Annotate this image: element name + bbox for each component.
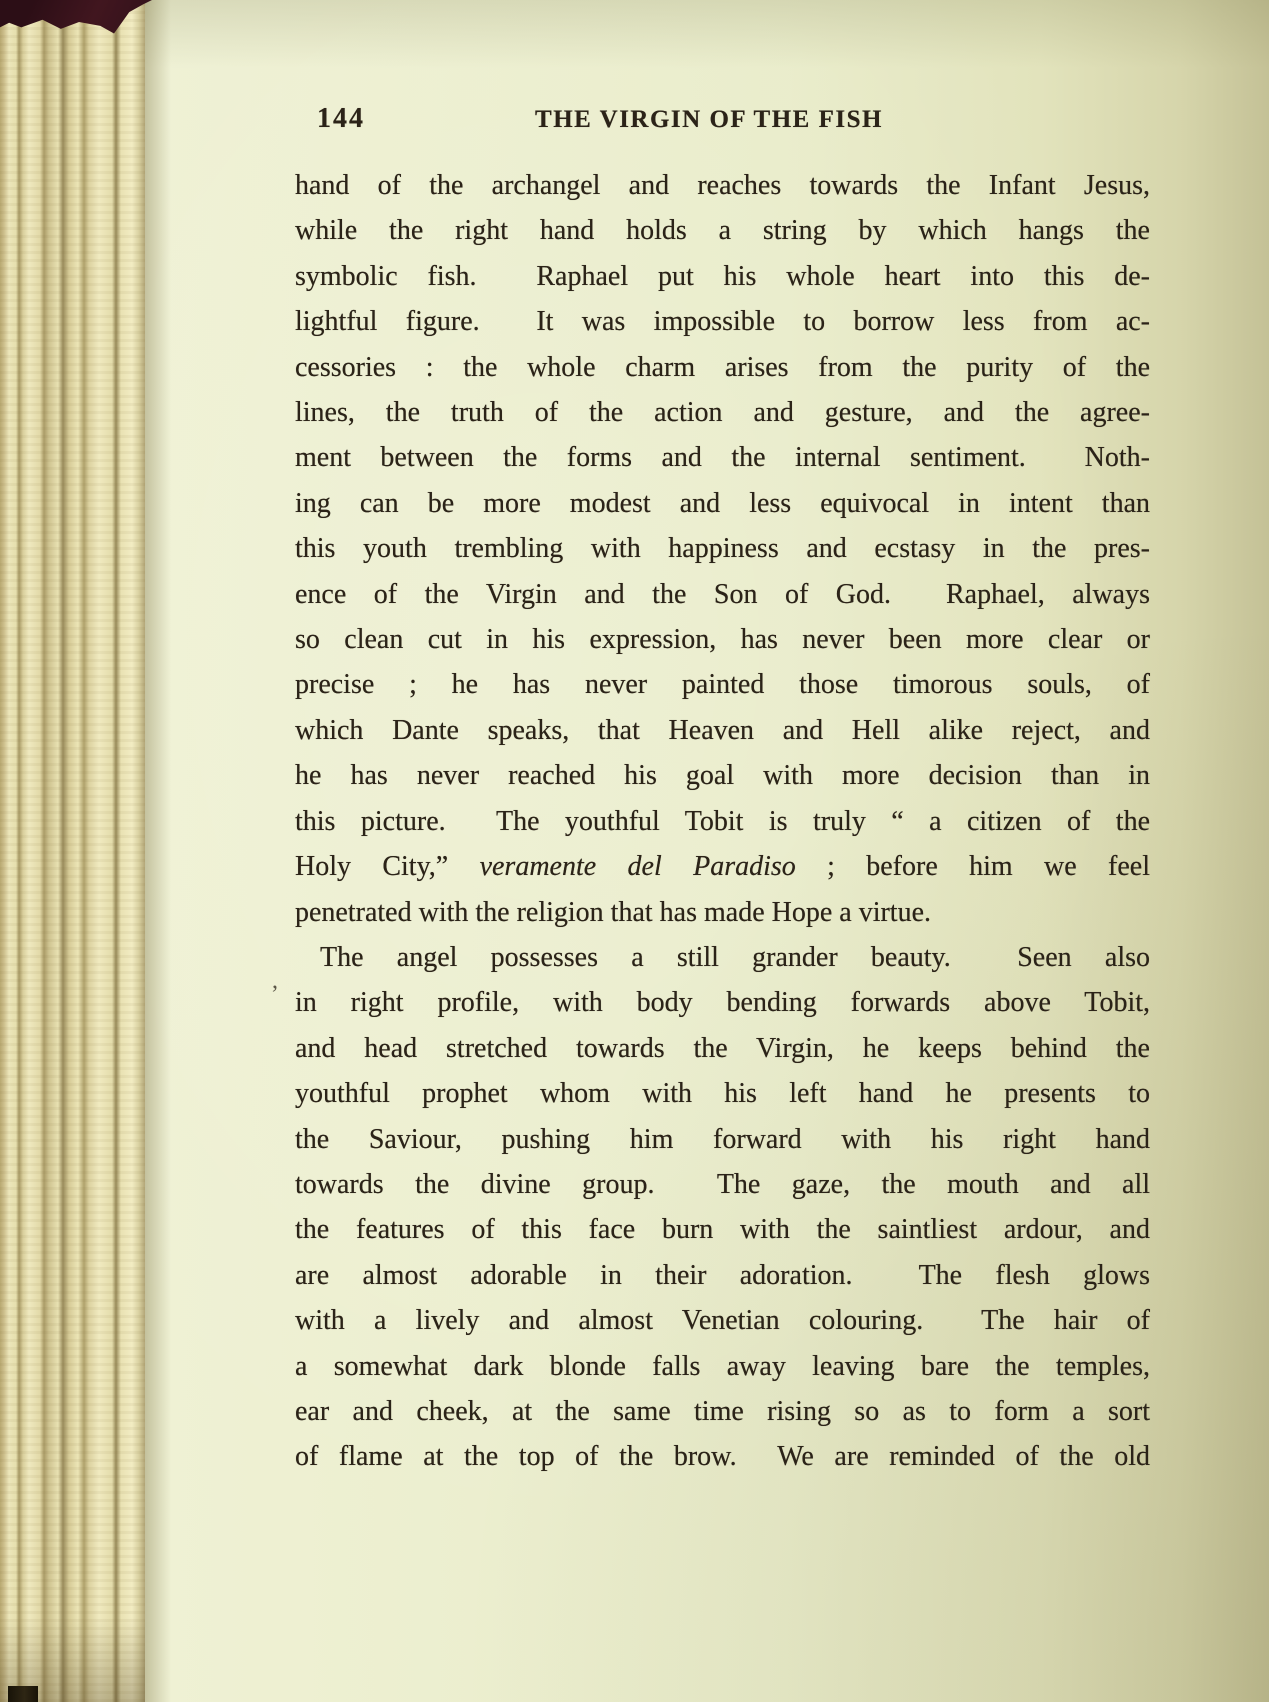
text-line: Holy City,” veramente del Paradiso ; bef…	[295, 844, 1150, 889]
text-segment: ence of the Virgin and the Son of God. R…	[295, 579, 1150, 610]
text-line: precise ; he has never painted those tim…	[295, 662, 1150, 707]
text-line: cessories : the whole charm arises from …	[295, 345, 1150, 390]
text-line: and head stretched towards the Virgin, h…	[295, 1026, 1150, 1071]
text-segment: are almost adorable in their adoration. …	[295, 1260, 1150, 1291]
paragraph: hand of the archangel and reaches toward…	[295, 163, 1150, 935]
text-segment: Holy City,”	[295, 851, 480, 882]
text-segment: with a lively and almost Venetian colour…	[295, 1305, 1150, 1336]
paragraph: The angel possesses a still grander beau…	[295, 935, 1150, 1480]
text-line: The angel possesses a still grander beau…	[295, 935, 1150, 980]
text-segment: youthful prophet whom with his left hand…	[295, 1078, 1150, 1109]
text-line: youthful prophet whom with his left hand…	[295, 1071, 1150, 1116]
text-line: of flame at the top of the brow. We are …	[295, 1434, 1150, 1479]
text-line: penetrated with the religion that has ma…	[295, 890, 1150, 935]
text-line: ear and cheek, at the same time rising s…	[295, 1389, 1150, 1434]
text-segment: while the right hand holds a string by w…	[295, 215, 1150, 246]
text-segment: in right profile, with body bending forw…	[295, 987, 1150, 1018]
text-line: ence of the Virgin and the Son of God. R…	[295, 572, 1150, 617]
text-segment: towards the divine group. The gaze, the …	[295, 1169, 1150, 1200]
text-line: ing can be more modest and less equivoca…	[295, 481, 1150, 526]
margin-print-artifact: ,	[272, 968, 278, 995]
text-line: lines, the truth of the action and gestu…	[295, 390, 1150, 435]
text-segment: of flame at the top of the brow. We are …	[295, 1441, 1150, 1472]
text-segment: this youth trembling with happiness and …	[295, 533, 1150, 564]
text-segment: the features of this face burn with the …	[295, 1214, 1150, 1245]
text-line: while the right hand holds a string by w…	[295, 208, 1150, 253]
text-segment: ment between the forms and the internal …	[295, 442, 1150, 473]
text-segment: and head stretched towards the Virgin, h…	[295, 1033, 1150, 1064]
text-segment: penetrated with the religion that has ma…	[295, 897, 931, 928]
text-segment: precise ; he has never painted those tim…	[295, 669, 1150, 700]
text-segment: lightful figure. It was impossible to bo…	[295, 306, 1150, 337]
text-segment: the Saviour, pushing him forward with hi…	[295, 1124, 1150, 1155]
book-cover-bottom-corner	[8, 1686, 38, 1702]
text-line: which Dante speaks, that Heaven and Hell…	[295, 708, 1150, 753]
text-line: towards the divine group. The gaze, the …	[295, 1162, 1150, 1207]
text-line: the Saviour, pushing him forward with hi…	[295, 1117, 1150, 1162]
text-segment: symbolic fish. Raphael put his whole hea…	[295, 261, 1150, 292]
text-segment: ; before him we feel	[796, 851, 1150, 882]
text-line: hand of the archangel and reaches toward…	[295, 163, 1150, 208]
italic-phrase: veramente del Paradiso	[480, 851, 796, 882]
text-line: he has never reached his goal with more …	[295, 753, 1150, 798]
text-segment: this picture. The youthful Tobit is trul…	[295, 806, 1150, 837]
text-segment: he has never reached his goal with more …	[295, 760, 1150, 791]
text-line: with a lively and almost Venetian colour…	[295, 1298, 1150, 1343]
text-line: in right profile, with body bending forw…	[295, 980, 1150, 1025]
text-line: a somewhat dark blonde falls away leavin…	[295, 1344, 1150, 1389]
text-line: symbolic fish. Raphael put his whole hea…	[295, 254, 1150, 299]
text-segment: which Dante speaks, that Heaven and Hell…	[295, 715, 1150, 746]
running-title: THE VIRGIN OF THE FISH	[295, 106, 1123, 134]
text-line: this youth trembling with happiness and …	[295, 526, 1150, 571]
text-segment: hand of the archangel and reaches toward…	[295, 170, 1150, 201]
text-line: the features of this face burn with the …	[295, 1207, 1150, 1252]
book-page-edges	[0, 0, 145, 1702]
page-edge-shadow	[145, 0, 171, 1702]
text-segment: ing can be more modest and less equivoca…	[295, 488, 1150, 519]
text-line: are almost adorable in their adoration. …	[295, 1253, 1150, 1298]
text-line: so clean cut in his expression, has neve…	[295, 617, 1150, 662]
text-line: ment between the forms and the internal …	[295, 435, 1150, 480]
text-segment: a somewhat dark blonde falls away leavin…	[295, 1351, 1150, 1382]
text-column: hand of the archangel and reaches toward…	[295, 163, 1150, 1480]
text-line: this picture. The youthful Tobit is trul…	[295, 799, 1150, 844]
text-segment: ear and cheek, at the same time rising s…	[295, 1396, 1150, 1427]
text-segment: cessories : the whole charm arises from …	[295, 352, 1150, 383]
text-line: lightful figure. It was impossible to bo…	[295, 299, 1150, 344]
text-segment: so clean cut in his expression, has neve…	[295, 624, 1150, 655]
text-segment: lines, the truth of the action and gestu…	[295, 397, 1150, 428]
text-segment: The angel possesses a still grander beau…	[320, 942, 1150, 973]
